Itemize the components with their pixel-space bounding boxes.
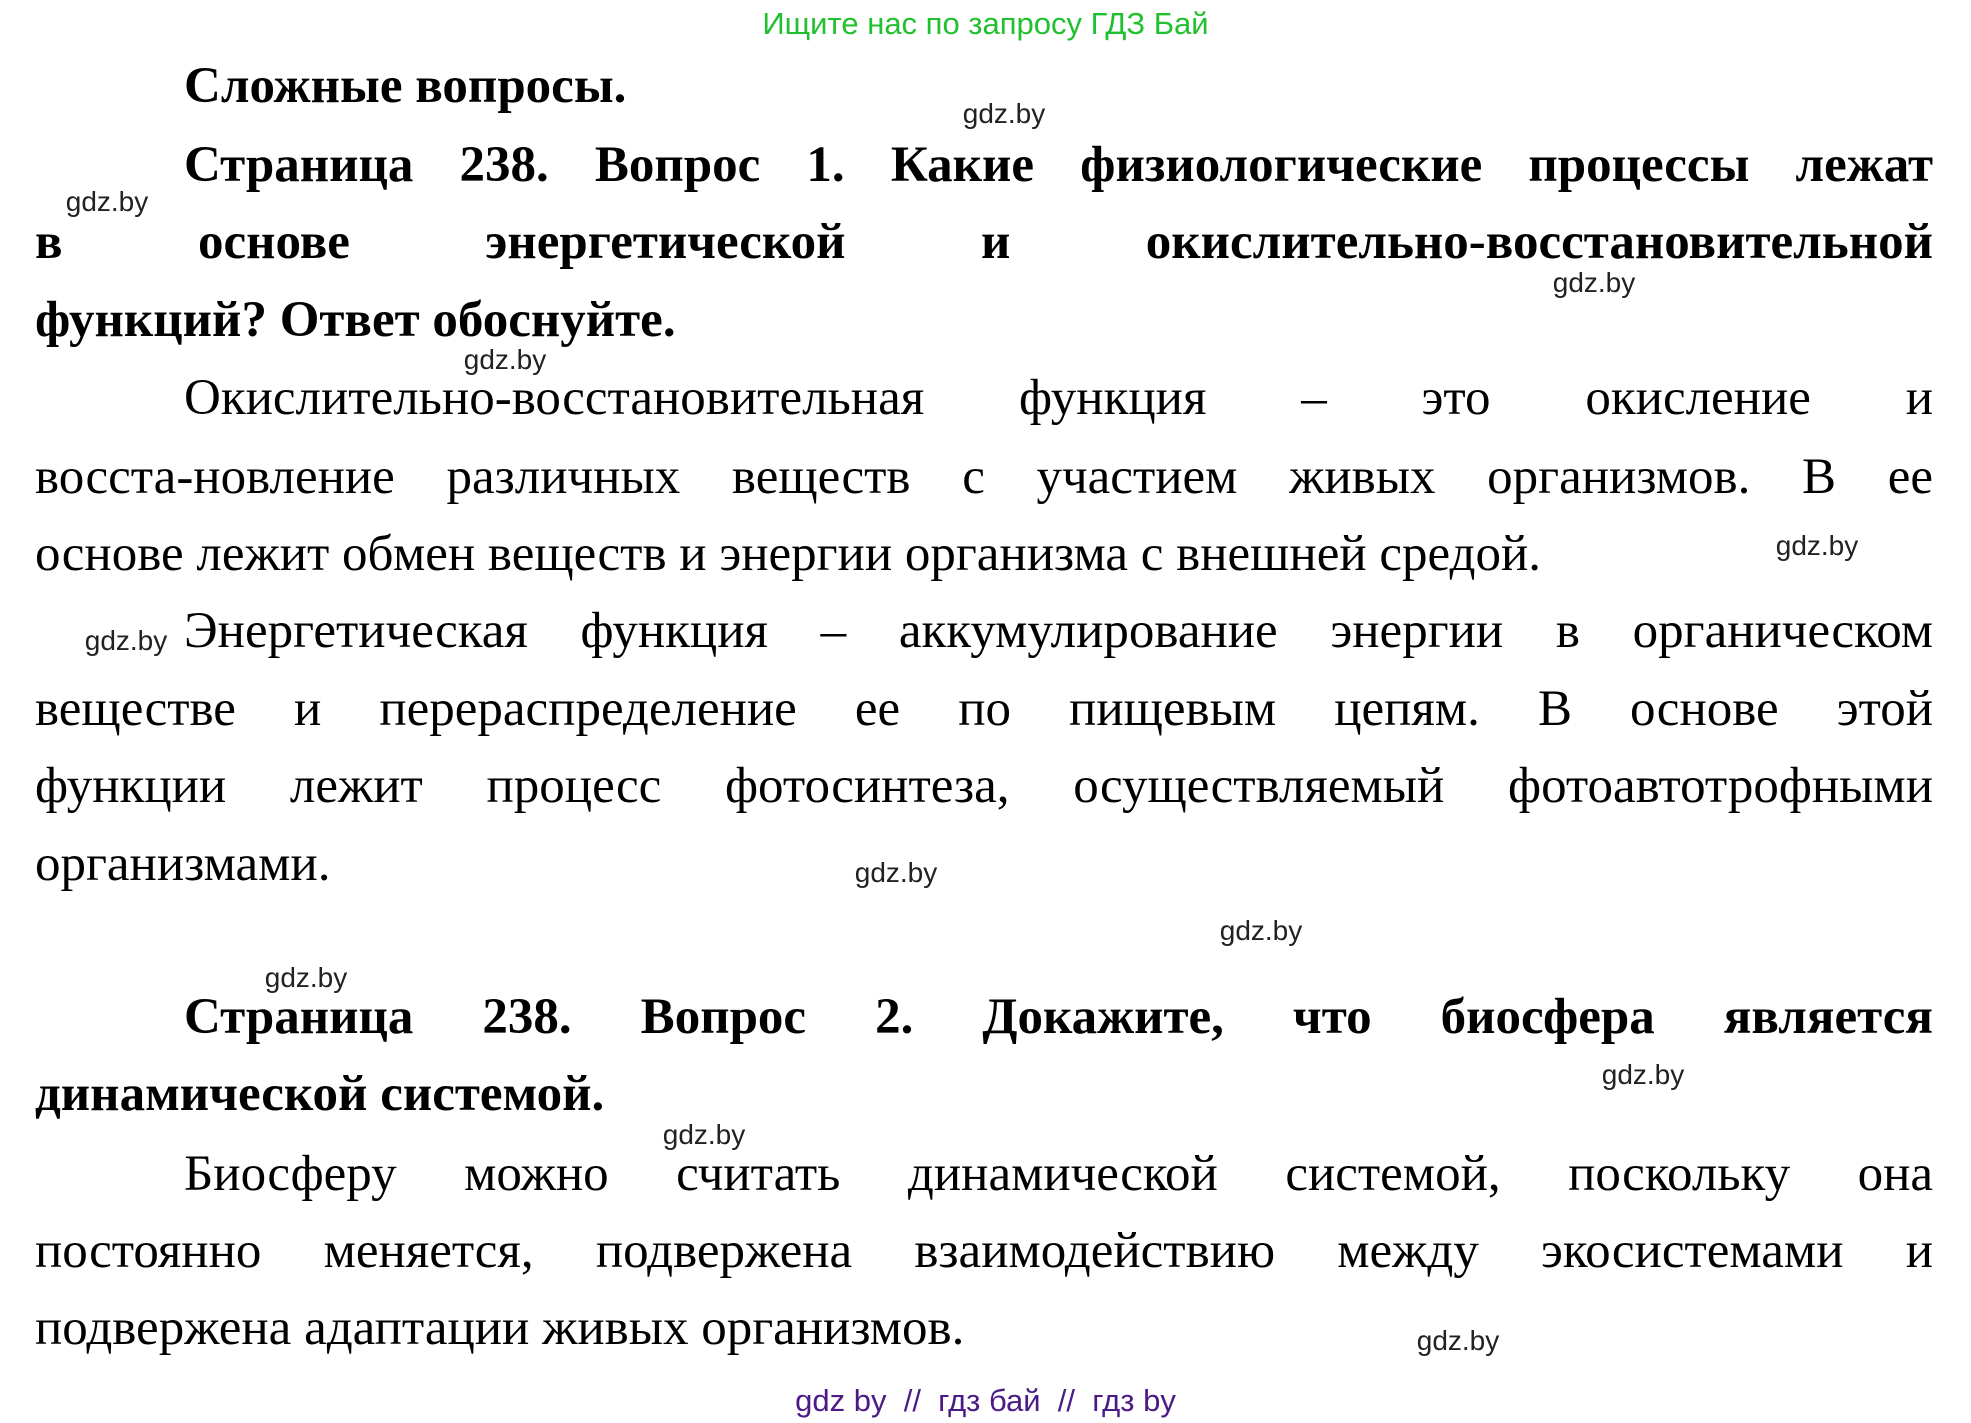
question-1-heading-line-3: функций? Ответ обоснуйте.: [35, 282, 1933, 359]
watermark: gdz.by: [1220, 915, 1303, 947]
footer-links: gdz by // гдз бай // гдз by: [0, 1383, 1971, 1419]
section-title: Сложные вопросы.: [184, 48, 1933, 125]
watermark: gdz.by: [66, 186, 149, 218]
question-1-heading-line-2: в основе энергетической и окислительно-в…: [35, 204, 1933, 281]
answer-2-line-2: постоянно меняется, подвержена взаимодей…: [35, 1213, 1933, 1290]
answer-2-line-3: подвержена адаптации живых организмов.: [35, 1290, 1933, 1367]
watermark: gdz.by: [1776, 530, 1859, 562]
answer-1-p1-line-1: Окислительно-восстановительная функция –…: [184, 360, 1933, 437]
watermark: gdz.by: [855, 857, 938, 889]
question-2-heading-line-1: Страница 238. Вопрос 2. Докажите, что би…: [184, 979, 1933, 1056]
watermark: gdz.by: [1553, 267, 1636, 299]
watermark: gdz.by: [1417, 1325, 1500, 1357]
answer-1-p2-line-1: Энергетическая функция – аккумулирование…: [184, 593, 1933, 670]
answer-1-p1-line-3: основе лежит обмен веществ и энергии орг…: [35, 516, 1933, 593]
watermark: gdz.by: [265, 962, 348, 994]
watermark: gdz.by: [963, 98, 1046, 130]
answer-2-line-1: Биосферу можно считать динамической сист…: [184, 1136, 1933, 1213]
question-1-heading-line-1: Страница 238. Вопрос 1. Какие физиологич…: [184, 127, 1933, 204]
answer-1-p2-line-2: веществе и перераспределение ее по пищев…: [35, 671, 1933, 748]
answer-1-p2-line-3: функции лежит процесс фотосинтеза, осуще…: [35, 748, 1933, 825]
watermark: gdz.by: [663, 1119, 746, 1151]
watermark: gdz.by: [464, 344, 547, 376]
answer-1-p1-line-2: восста-новление различных веществ с учас…: [35, 439, 1933, 516]
document-page: Ищите нас по запросу ГДЗ Бай Сложные воп…: [0, 0, 1971, 1423]
search-banner: Ищите нас по запросу ГДЗ Бай: [0, 6, 1971, 42]
answer-1-p2-line-4: организмами.: [35, 826, 1933, 903]
watermark: gdz.by: [1602, 1059, 1685, 1091]
watermark: gdz.by: [85, 625, 168, 657]
